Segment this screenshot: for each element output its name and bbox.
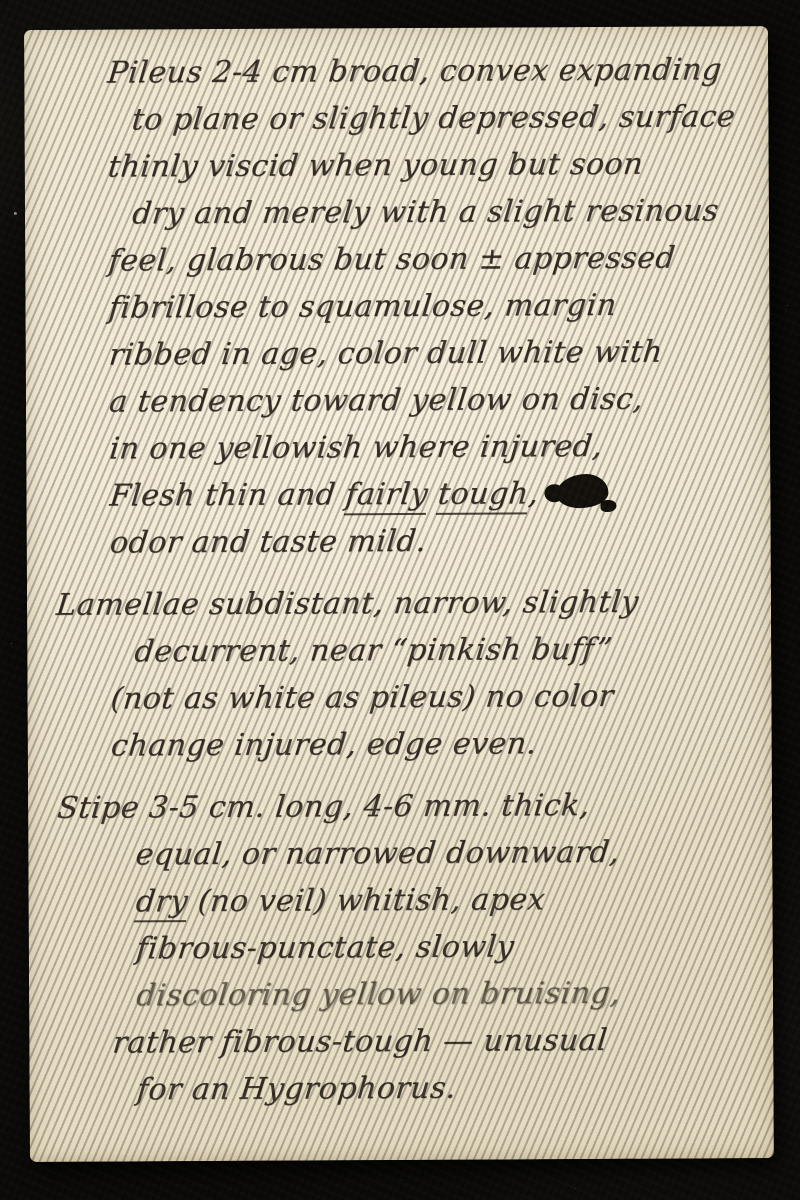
text-line: a tendency toward yellow on disc, [107,375,757,425]
text-line: Stipe 3-5 cm. long, 4-6 mm. thick, [55,781,759,832]
text-segment: Pileus 2-4 cm broad, convex expanding [106,52,724,90]
text-line: for an Hygrophorus. [135,1063,761,1113]
note-card: Pileus 2-4 cm broad, convex expandingto … [24,26,774,1162]
text-segment: fibrillose to squamulose, margin [107,288,618,326]
text-segment: for an Hygrophorus. [135,1071,458,1108]
text-line: in one yellowish where injured, [107,422,757,472]
paragraph: Pileus 2-4 cm broad, convex expandingto … [49,46,753,567]
text-segment: tough [436,476,530,514]
text-line: odor and taste mild. [108,516,758,566]
text-segment: , [527,476,541,511]
text-line: dry (no veil) whitish, apex [134,875,760,925]
text-segment: dry [134,884,190,922]
text-line: rather fibrous-tough — unusual [110,1016,760,1066]
text-segment: in one yellowish where injured, [108,429,604,467]
text-line: fibrous-punctate, slowly [134,922,760,972]
text-segment: (not as white as pileus) no color [109,679,615,717]
text-segment: thinly viscid when young but soon [106,147,644,185]
background-speck [14,212,17,215]
text-segment: a tendency toward yellow on disc, [108,382,645,420]
text-line: feel, glabrous but soon ± appressed [106,234,756,284]
text-line: decurrent, near “pinkish buff” [132,625,758,675]
text-line: Lamellae subdistant, narrow, slightly [54,578,758,629]
paragraph: Stipe 3-5 cm. long, 4-6 mm. thick,equal,… [53,781,756,1114]
text-segment: change injured, edge even. [109,726,538,763]
text-segment: (no veil) whitish, apex [186,882,547,919]
text-segment: Lamellae subdistant, narrow, slightly [55,585,641,623]
text-segment: fibrous-punctate, slowly [135,929,516,966]
text-segment: rather fibrous-tough — unusual [111,1023,609,1061]
text-line: dry and merely with a slight resinous [130,187,756,237]
text-line: ribbed in age, color dull white with [107,328,757,378]
text-segment: Flesh thin and [108,477,347,513]
text-segment: to plane or slightly depressed, surface [130,99,737,137]
text-segment: discoloring yellow on bruising, [135,976,622,1014]
text-line: (not as white as pileus) no color [109,672,759,722]
text-segment: odor and taste mild. [108,524,428,561]
text-line: thinly viscid when young but soon [106,140,756,190]
text-line: change injured, edge even. [109,719,759,769]
text-segment: ribbed in age, color dull white with [107,335,664,373]
text-segment: equal, or narrowed downward, [134,835,621,873]
photo-backdrop: Pileus 2-4 cm broad, convex expandingto … [0,0,800,1200]
text-line: discoloring yellow on bruising, [134,969,760,1019]
text-line: Flesh thin and fairly tough, [108,469,758,519]
text-line: equal, or narrowed downward, [133,828,759,878]
text-segment: decurrent, near “pinkish buff” [133,632,614,670]
text-segment: Stipe 3-5 cm. long, 4-6 mm. thick, [56,788,592,826]
text-line: to plane or slightly depressed, surface [130,93,756,143]
paragraph: Lamellae subdistant, narrow, slightlydec… [52,578,754,770]
text-segment: dry and merely with a slight resinous [131,193,721,231]
text-line: Pileus 2-4 cm broad, convex expanding [105,46,755,96]
text-segment: fairly [344,477,430,515]
handwritten-text: Pileus 2-4 cm broad, convex expandingto … [49,46,756,1114]
text-segment: feel, glabrous but soon ± appressed [107,241,677,279]
text-line: fibrillose to squamulose, margin [107,281,757,331]
